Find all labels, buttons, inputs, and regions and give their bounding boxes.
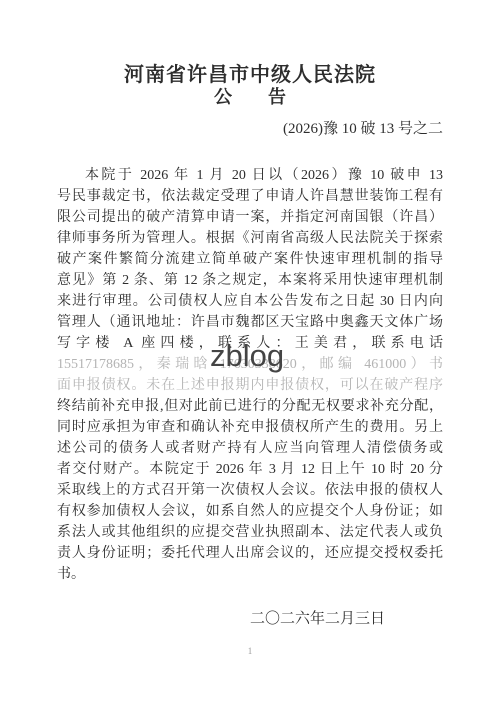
body-line: 律师事务所为管理人。根据《河南省高级人民法院关于探索 [57,228,443,249]
body-line: 号民事裁定书，依法裁定受理了申请人许昌慧世装饰工程有 [57,186,443,207]
court-name: 河南省许昌市中级人民法院 [57,64,443,86]
body-line: 同时应承担为审查和确认补充申报债权所产生的费用。另上 [57,417,443,438]
body-line: 责人身份证明；委托代理人出席会议的，还应提交授权委托 [57,543,443,564]
body-line: 15517178685，秦瑞晗 17630338620，邮编 461000）书 [57,354,443,375]
body-line: 限公司提出的破产清算申请一案，并指定河南国银（许昌） [57,207,443,228]
document-page: zblog 河南省许昌市中级人民法院 公 告 (2026)豫 10 破 13 号… [0,0,500,707]
page-number: 1 [57,646,443,656]
doc-title: 公 告 [57,86,443,108]
body-line: 来进行审理。公司债权人应自本公告发布之日起 30 日内向 [57,291,443,312]
body-line: 写字楼 A 座四楼，联系人：王美君，联系电话 [57,333,443,354]
body-line: 述公司的债务人或者财产持有人应当向管理人清偿债务或 [57,438,443,459]
body-line: 有权参加债权人会议，如系自然人的应提交个人身份证；如 [57,501,443,522]
document-column: 河南省许昌市中级人民法院 公 告 (2026)豫 10 破 13 号之二 本院于… [57,64,443,656]
body-line: 意见》第 2 条、第 12 条之规定，本案将采用快速审理机制 [57,270,443,291]
body-line: 者交付财产。本院定于 2026 年 3 月 12 日上午 10 时 20 分 [57,459,443,480]
body-line: 采取线上的方式召开第一次债权人会议。依法申报的债权人 [57,480,443,501]
body-line: 系法人或其他组织的应提交营业执照副本、法定代表人或负 [57,522,443,543]
body-line: 终结前补充申报,但对此前已进行的分配无权要求补充分配， [57,396,443,417]
body-line: 面申报债权。未在上述申报期内申报债权，可以在破产程序 [57,375,443,396]
announcement-body: 本院于 2026 年 1 月 20 日以（2026）豫 10 破申 13号民事裁… [57,165,443,585]
body-line: 本院于 2026 年 1 月 20 日以（2026）豫 10 破申 13 [57,165,443,186]
case-number: (2026)豫 10 破 13 号之二 [57,121,443,138]
signature-date: 二〇二六年二月三日 [57,611,443,628]
body-line: 破产案件繁简分流建立简单破产案件快速审理机制的指导 [57,249,443,270]
body-line: 书。 [57,564,443,585]
body-line: 管理人（通讯地址：许昌市魏都区天宝路中奥鑫天文体广场 [57,312,443,333]
